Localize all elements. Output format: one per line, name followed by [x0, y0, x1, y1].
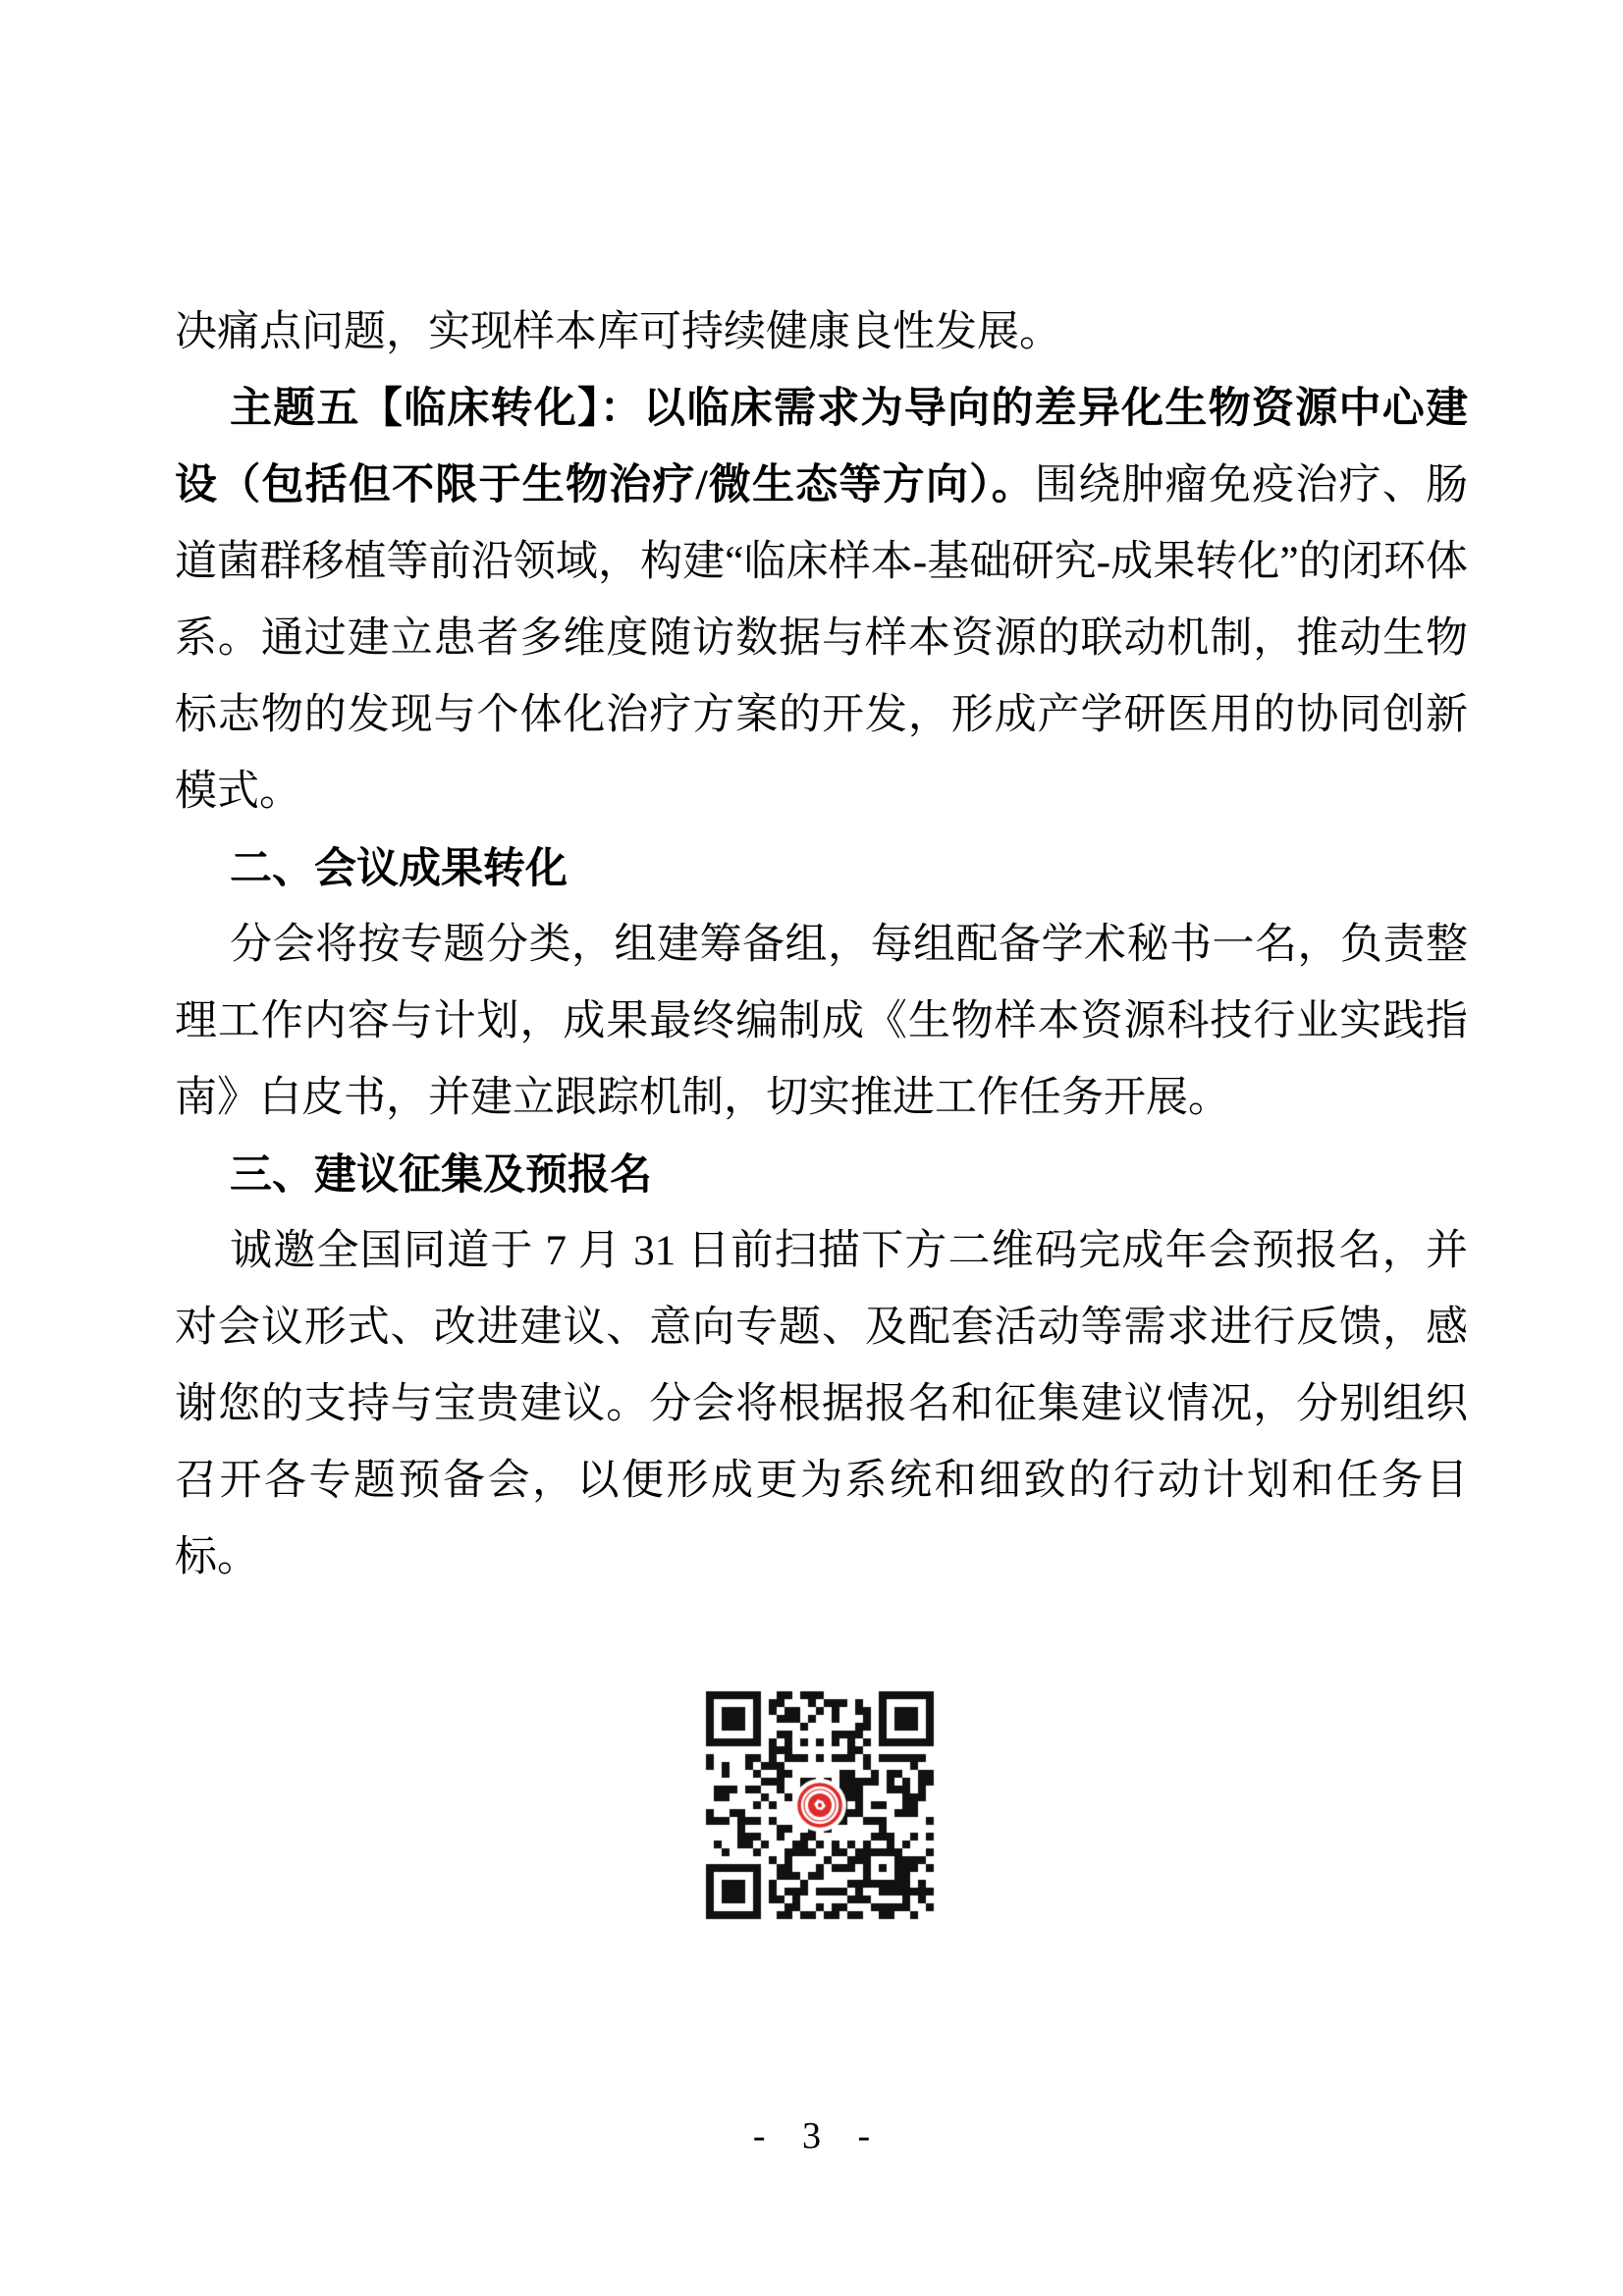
paragraph-continuation: 决痛点问题，实现样本库可持续健康良性发展。	[175, 294, 1468, 371]
qr-code-canvas	[705, 1690, 935, 1920]
qr-code-image	[705, 1690, 935, 1920]
section2-paragraph: 分会将按专题分类，组建筹备组，每组配备学术秘书一名，负责整理工作内容与计划，成果…	[175, 907, 1468, 1137]
document-page: 决痛点问题，实现样本库可持续健康良性发展。 主题五【临床转化】：以临床需求为导向…	[0, 0, 1623, 2296]
section3-heading: 三、建议征集及预报名	[175, 1137, 1468, 1213]
section2-heading: 二、会议成果转化	[175, 830, 1468, 907]
page-number: - 3 -	[0, 2112, 1623, 2160]
paragraph-topic5: 主题五【临床转化】：以临床需求为导向的差异化生物资源中心建设（包括但不限于生物治…	[175, 371, 1468, 830]
section3-paragraph: 诚邀全国同道于 7 月 31 日前扫描下方二维码完成年会预报名，并对会议形式、改…	[175, 1213, 1468, 1596]
topic5-body-text: 围绕肿瘤免疫治疗、肠道菌群移植等前沿领域，构建“临床样本-基础研究-成果转化”的…	[175, 462, 1468, 815]
document-body: 决痛点问题，实现样本库可持续健康良性发展。 主题五【临床转化】：以临床需求为导向…	[175, 294, 1468, 1596]
